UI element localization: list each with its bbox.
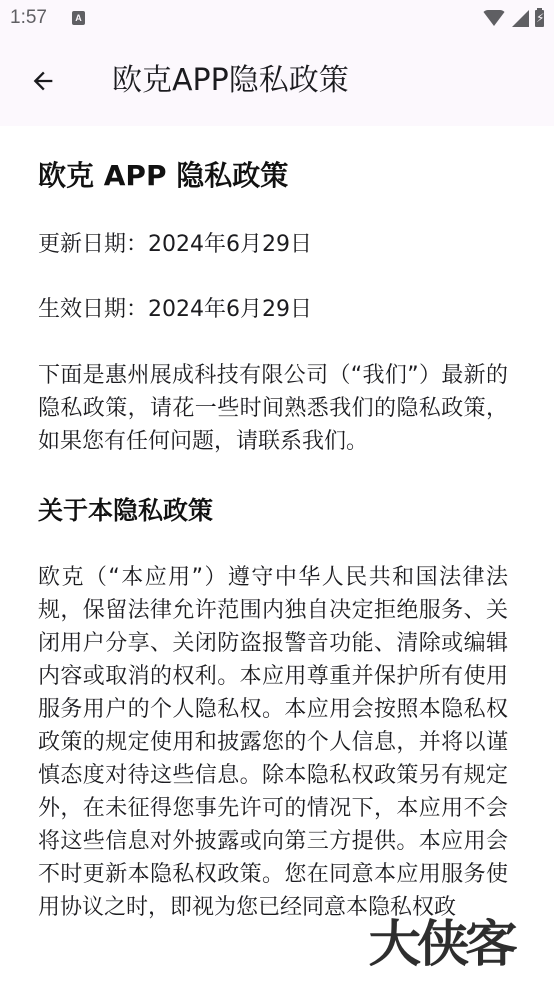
status-time: 1:57: [10, 7, 47, 29]
status-bar: 1:57 A ⚡: [0, 0, 554, 40]
signal-icon: [512, 10, 529, 27]
battery-charging-icon: ⚡: [535, 10, 544, 27]
status-icons: ⚡: [482, 8, 544, 28]
section-heading: 关于本隐私政策: [38, 493, 508, 529]
policy-content: 欧克 APP 隐私政策 更新日期：2024年6月29日 生效日期：2024年6月…: [38, 126, 508, 924]
effective-date: 生效日期：2024年6月29日: [38, 293, 508, 326]
section-body: 欧克（“本应用”）遵守中华人民共和国法律法规，保留法律允许范围内独自决定拒绝服务…: [38, 561, 508, 924]
wifi-icon: [482, 10, 506, 26]
arrow-back-icon: [29, 67, 57, 95]
update-date: 更新日期：2024年6月29日: [38, 228, 508, 261]
app-bar: 欧克APP隐私政策: [0, 40, 554, 126]
document-title: 欧克 APP 隐私政策: [38, 156, 508, 196]
intro-paragraph: 下面是惠州展成科技有限公司（“我们”）最新的隐私政策，请花一些时间熟悉我们的隐私…: [38, 359, 508, 458]
page-title: 欧克APP隐私政策: [112, 60, 349, 102]
watermark: 大侠客: [369, 916, 514, 972]
back-button[interactable]: [22, 60, 64, 102]
notification-a-icon: A: [72, 11, 85, 25]
